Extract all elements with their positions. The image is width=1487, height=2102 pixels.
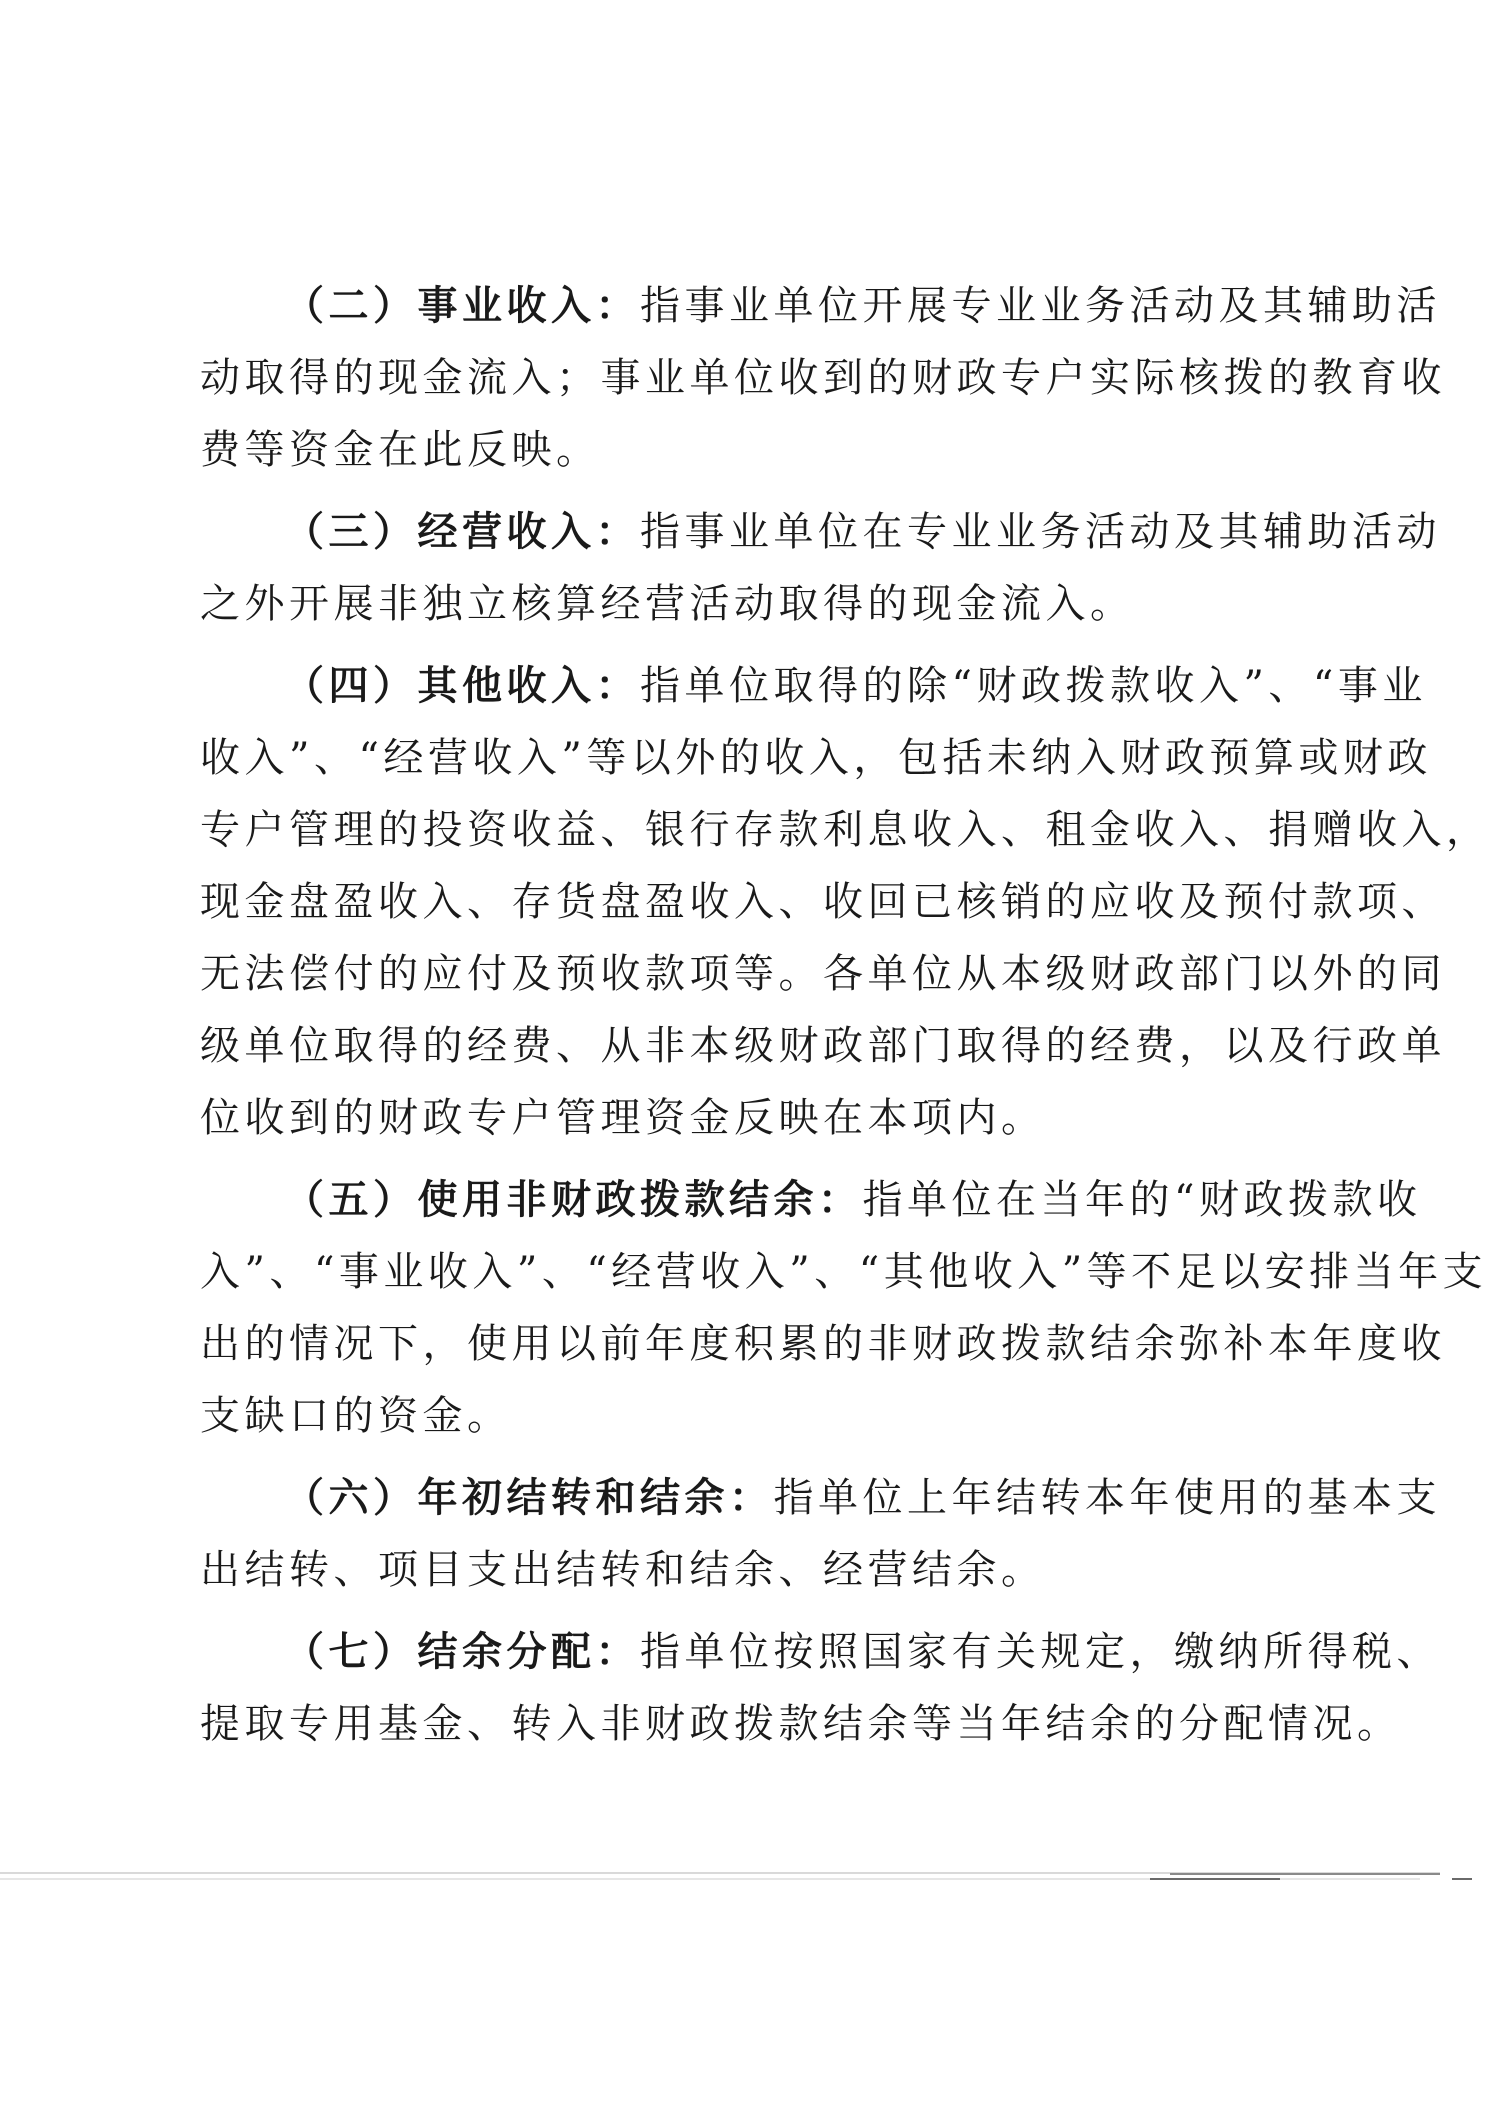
document-body: （二）事业收入：指事业单位开展专业业务活动及其辅助活 动取得的现金流入；事业单位… [200,270,1300,1770]
paragraph-line: 现金盘盈收入、存货盘盈收入、收回已核销的应收及预付款项、 [200,866,1300,938]
paragraph-line: （二）事业收入：指事业单位开展专业业务活动及其辅助活 [200,270,1300,342]
paragraph-opening-carryover: （六）年初结转和结余：指单位上年结转本年使用的基本支 出结转、项目支出结转和结余… [200,1462,1300,1606]
paragraph-heading: （二）事业收入： [284,282,640,329]
paragraph-line: （三）经营收入：指事业单位在专业业务活动及其辅助活动 [200,496,1300,568]
paragraph-line: （六）年初结转和结余：指单位上年结转本年使用的基本支 [200,1462,1300,1534]
paragraph-line: 级单位取得的经费、从非本级财政部门取得的经费，以及行政单 [200,1010,1300,1082]
paragraph-text: 指单位上年结转本年使用的基本支 [774,1475,1442,1521]
paragraph-balance-distribution: （七）结余分配：指单位按照国家有关规定，缴纳所得税、 提取专用基金、转入非财政拨… [200,1616,1300,1760]
paragraph-line: 支缺口的资金。 [200,1380,1300,1452]
paragraph-heading: （五）使用非财政拨款结余： [284,1176,863,1223]
paragraph-line: （五）使用非财政拨款结余：指单位在当年的“财政拨款收 [200,1164,1300,1236]
paragraph-text: 指单位按照国家有关规定，缴纳所得税、 [640,1629,1441,1675]
paragraph-heading: （六）年初结转和结余： [284,1474,774,1521]
paragraph-line: 无法偿付的应付及预收款项等。各单位从本级财政部门以外的同 [200,938,1300,1010]
paragraph-line: 位收到的财政专户管理资金反映在本项内。 [200,1082,1300,1154]
document-page: （二）事业收入：指事业单位开展专业业务活动及其辅助活 动取得的现金流入；事业单位… [0,0,1487,2102]
paragraph-line: 专户管理的投资收益、银行存款利息收入、租金收入、捐赠收入， [200,794,1300,866]
scan-dash [1170,1873,1440,1875]
paragraph-heading: （三）经营收入： [284,508,640,555]
paragraph-line: 动取得的现金流入；事业单位收到的财政专户实际核拨的教育收 [200,342,1300,414]
paragraph-line: （四）其他收入：指单位取得的除“财政拨款收入”、“事业 [200,650,1300,722]
paragraph-line: 之外开展非独立核算经营活动取得的现金流入。 [200,568,1300,640]
paragraph-line: 出的情况下，使用以前年度积累的非财政拨款结余弥补本年度收 [200,1308,1300,1380]
paragraph-text: 指事业单位开展专业业务活动及其辅助活 [640,283,1441,329]
paragraph-line: 提取专用基金、转入非财政拨款结余等当年结余的分配情况。 [200,1688,1300,1760]
paragraph-operating-income: （三）经营收入：指事业单位在专业业务活动及其辅助活动 之外开展非独立核算经营活动… [200,496,1300,640]
paragraph-text: 指单位取得的除“财政拨款收入”、“事业 [640,663,1427,709]
paragraph-line: 入”、“事业收入”、“经营收入”、“其他收入”等不足以安排当年支 [200,1236,1300,1308]
paragraph-non-fiscal-balance-usage: （五）使用非财政拨款结余：指单位在当年的“财政拨款收 入”、“事业收入”、“经营… [200,1164,1300,1452]
paragraph-text: 指事业单位在专业业务活动及其辅助活动 [640,509,1441,555]
scan-dash [1150,1878,1280,1880]
paragraph-line: （七）结余分配：指单位按照国家有关规定，缴纳所得税、 [200,1616,1300,1688]
scan-dash [1452,1878,1472,1880]
paragraph-line: 出结转、项目支出结转和结余、经营结余。 [200,1534,1300,1606]
paragraph-heading: （四）其他收入： [284,662,640,709]
paragraph-other-income: （四）其他收入：指单位取得的除“财政拨款收入”、“事业 收入”、“经营收入”等以… [200,650,1300,1154]
paragraph-line: 费等资金在此反映。 [200,414,1300,486]
scan-artifact-lines [0,1872,1487,1886]
paragraph-heading: （七）结余分配： [284,1628,640,1675]
paragraph-line: 收入”、“经营收入”等以外的收入，包括未纳入财政预算或财政 [200,722,1300,794]
paragraph-business-income: （二）事业收入：指事业单位开展专业业务活动及其辅助活 动取得的现金流入；事业单位… [200,270,1300,486]
paragraph-text: 指单位在当年的“财政拨款收 [863,1177,1422,1223]
